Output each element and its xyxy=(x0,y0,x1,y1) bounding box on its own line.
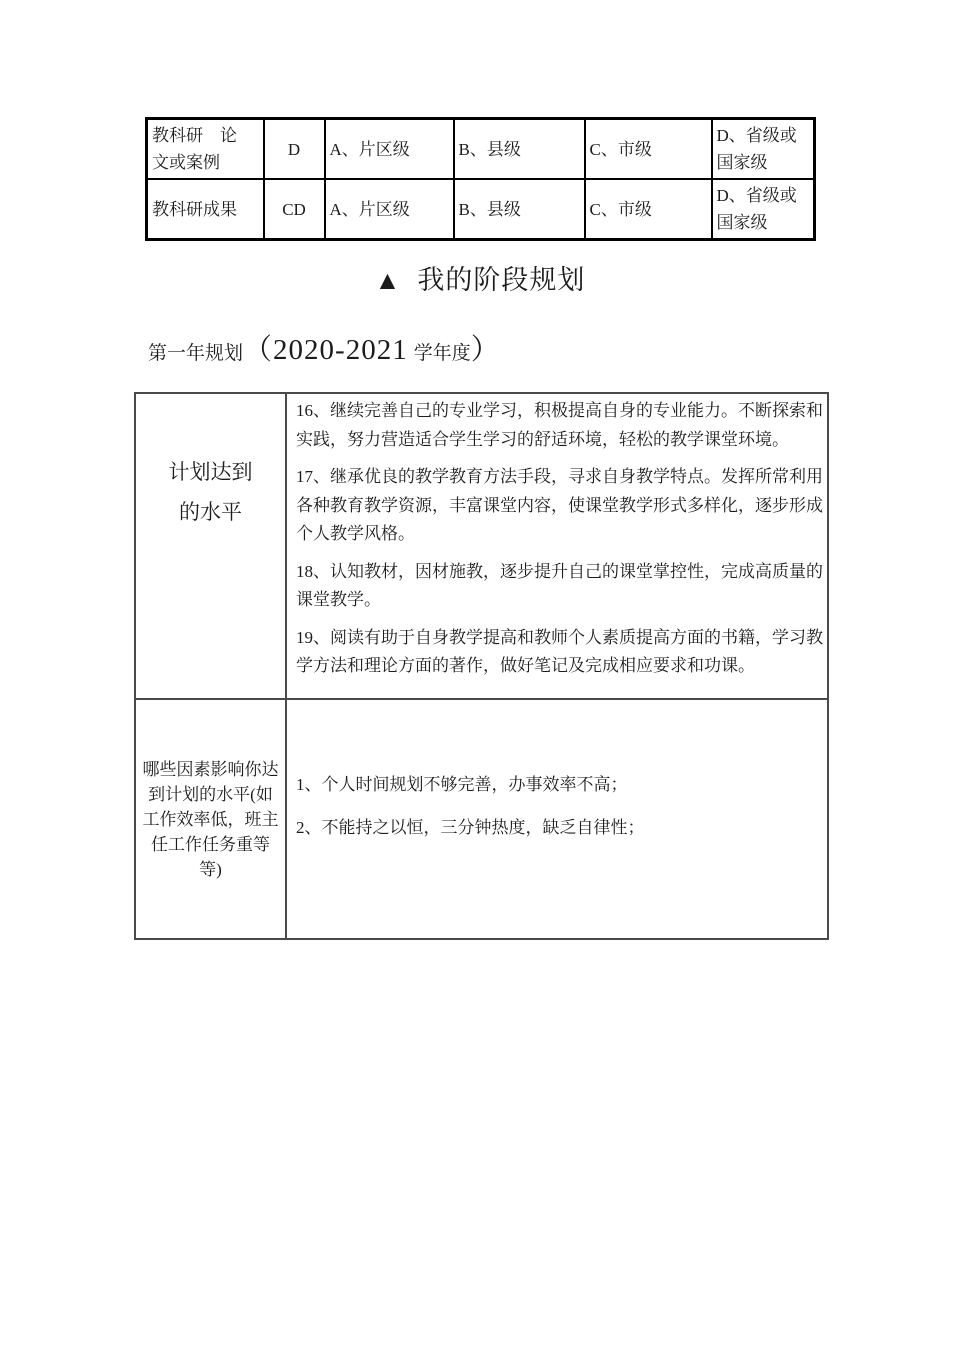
plan-level-content-cell: 16、继续完善自己的专业学习，积极提高自身的专业能力。不断探索和实践，努力营造适… xyxy=(286,393,828,699)
factors-content-cell: 1、个人时间规划不够完善，办事效率不高； 2、不能持之以恒，三分钟热度，缺乏自律… xyxy=(286,699,828,939)
subtitle-years: 2020-2021 xyxy=(273,334,408,366)
document-page: 教科研 论 文或案例 D A、片区级 B、县级 C、市级 D、省级或国家级 教科… xyxy=(0,0,960,1357)
plan-level-label-cell: 计划达到 的水平 xyxy=(135,393,286,699)
paragraph-16: 16、继续完善自己的专业学习，积极提高自身的专业能力。不断探索和实践，努力营造适… xyxy=(296,397,823,454)
table-row: 教科研 论 文或案例 D A、片区级 B、县级 C、市级 D、省级或国家级 xyxy=(147,119,815,180)
item-cell-paper: 教科研 论 文或案例 xyxy=(147,119,264,180)
subtitle-unit: 学年度 xyxy=(414,343,471,364)
table-row: 教科研成果 CD A、片区级 B、县级 C、市级 D、省级或国家级 xyxy=(147,179,815,240)
item-label-line: 教科研 论 xyxy=(152,122,259,149)
item-cell-achievement: 教科研成果 xyxy=(147,179,264,240)
label-line: 工作效率低，班主 xyxy=(138,807,283,832)
option-a: A、片区级 xyxy=(325,119,454,180)
paragraph-1: 1、个人时间规划不够完善，办事效率不高； xyxy=(296,771,827,799)
option-c: C、市级 xyxy=(585,179,712,240)
plan-subtitle: 第一年规划（2020-2021学年度） xyxy=(148,327,501,368)
grade-table: 教科研 论 文或案例 D A、片区级 B、县级 C、市级 D、省级或国家级 教科… xyxy=(145,117,816,241)
option-d: D、省级或国家级 xyxy=(712,119,815,180)
open-paren: （ xyxy=(243,334,273,366)
label-line: 哪些因素影响你达 xyxy=(138,757,283,782)
label-line: 的水平 xyxy=(136,492,285,532)
label-line: 等) xyxy=(138,857,283,882)
label-line: 到计划的水平(如 xyxy=(138,782,283,807)
option-b: B、县级 xyxy=(454,179,585,240)
plan-table: 计划达到 的水平 16、继续完善自己的专业学习，积极提高自身的专业能力。不断探索… xyxy=(134,392,829,940)
factors-label-cell: 哪些因素影响你达 到计划的水平(如 工作效率低，班主 任工作任务重等 等) xyxy=(135,699,286,939)
item-label-line: 文或案例 xyxy=(152,149,259,176)
paragraph-19: 19、阅读有助于自身教学提高和教师个人素质提高方面的书籍，学习教学方法和理论方面… xyxy=(296,624,823,681)
subtitle-label: 第一年规划 xyxy=(148,343,243,364)
close-paren: ） xyxy=(471,334,501,366)
grade-value: CD xyxy=(264,179,325,240)
option-d: D、省级或国家级 xyxy=(712,179,815,240)
label-line: 计划达到 xyxy=(136,452,285,492)
triangle-icon: ▲ xyxy=(375,266,402,295)
option-b: B、县级 xyxy=(454,119,585,180)
label-line: 任工作任务重等 xyxy=(138,832,283,857)
section-heading: ▲我的阶段规划 xyxy=(0,258,960,297)
paragraph-17: 17、继承优良的教学教育方法手段，寻求自身教学特点。发挥所常利用各种教育教学资源… xyxy=(296,463,823,549)
grade-value: D xyxy=(264,119,325,180)
option-c: C、市级 xyxy=(585,119,712,180)
paragraph-2: 2、不能持之以恒，三分钟热度，缺乏自律性； xyxy=(296,814,827,842)
paragraph-18: 18、认知教材，因材施教，逐步提升自己的课堂掌控性，完成高质量的课堂教学。 xyxy=(296,558,823,615)
option-a: A、片区级 xyxy=(325,179,454,240)
table-row: 哪些因素影响你达 到计划的水平(如 工作效率低，班主 任工作任务重等 等) 1、… xyxy=(135,699,828,939)
table-row: 计划达到 的水平 16、继续完善自己的专业学习，积极提高自身的专业能力。不断探索… xyxy=(135,393,828,699)
section-title: 我的阶段规划 xyxy=(417,265,585,295)
